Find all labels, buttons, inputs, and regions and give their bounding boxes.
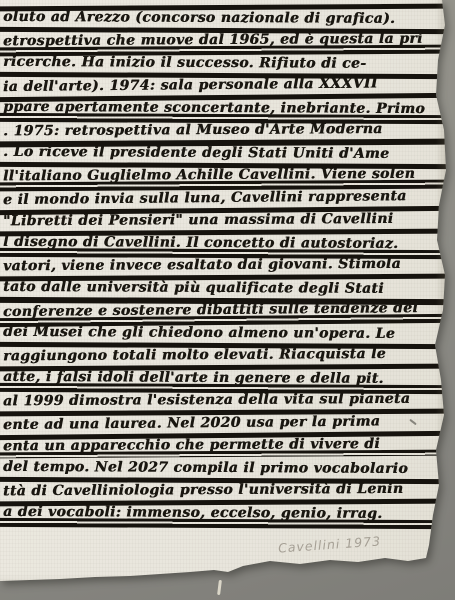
manuscript-line-text: a dei vocaboli: immenso, eccelso, genio,… (0, 503, 441, 523)
manuscript-line: ia dell'arte). 1974: sala personale alla… (0, 75, 441, 102)
manuscript-line: ppare apertamente sconcertante, inebrian… (0, 98, 441, 123)
manuscript-line-text: vatori, viene invece esaltato dai giovan… (0, 256, 441, 276)
manuscript-line: enta un apparecchio che permette di vive… (0, 436, 441, 461)
manuscript-line-text: ppare apertamente sconcertante, inebrian… (0, 98, 441, 118)
manuscript-line-text: . 1975: retrospettiva al Museo d'Arte Mo… (0, 121, 441, 141)
manuscript-line-text: enta un apparecchio che permette di vive… (0, 436, 441, 456)
manuscript-line: ttà di Cavelliniologia presso l'universi… (0, 481, 441, 506)
manuscript-sheet: lavori di Cavellini. Dall'enciclo oluto … (0, 0, 455, 600)
manuscript-line-text: l disegno di Cavellini. Il concetto di a… (0, 233, 441, 253)
manuscript-line: a dei vocaboli: immenso, eccelso, genio,… (0, 503, 441, 528)
manuscript-line-text: tato dalle università più qualificate de… (0, 278, 441, 298)
manuscript-line: ricerche. Ha inizio il successo. Rifiuto… (0, 53, 441, 78)
artist-signature: Cavellini 1973 (278, 533, 382, 555)
manuscript-line: . 1975: retrospettiva al Museo d'Arte Mo… (0, 121, 441, 146)
manuscript-line: l disegno di Cavellini. Il concetto di a… (0, 233, 441, 258)
manuscript-sheet-shadow: lavori di Cavellini. Dall'enciclo oluto … (0, 0, 455, 600)
manuscript-line-text: "Libretti dei Pensieri" una massima di C… (0, 211, 441, 231)
manuscript-line-text: ricerche. Ha inizio il successo. Rifiuto… (0, 53, 441, 73)
manuscript-line: atte, i falsi idoli dell'arte in genere … (0, 368, 441, 393)
manuscript-line: "Libretti dei Pensieri" una massima di C… (0, 211, 441, 236)
manuscript-line-text: atte, i falsi idoli dell'arte in genere … (0, 368, 441, 388)
manuscript-line-text: raggiungono totali molto elevati. Riacqu… (0, 346, 441, 366)
manuscript-line-text: dei Musei che gli chiedono almeno un'ope… (0, 323, 441, 343)
manuscript-line: dei Musei che gli chiedono almeno un'ope… (0, 323, 441, 348)
manuscript-line: etrospettiva che muove dal 1965, ed è qu… (0, 31, 441, 56)
manuscript-line-text: ll'italiano Guglielmo Achille Cavellini.… (0, 166, 441, 186)
manuscript-line: del tempo. Nel 2027 compila il primo voc… (0, 458, 441, 483)
manuscript-line: conferenze e sostenere dibattiti sulle t… (0, 300, 441, 327)
manuscript-line-text: del tempo. Nel 2027 compila il primo voc… (0, 458, 441, 478)
manuscript-line-text: oluto ad Arezzo (concorso nazionale di g… (0, 8, 441, 28)
manuscript-line: ll'italiano Guglielmo Achille Cavellini.… (0, 166, 441, 191)
manuscript-line-text: . Lo riceve il presidente degli Stati Un… (0, 143, 441, 163)
manuscript-line-text: etrospettiva che muove dal 1965, ed è qu… (0, 31, 441, 51)
manuscript-text-block: lavori di Cavellini. Dall'enciclo oluto … (0, 0, 441, 527)
manuscript-line: . Lo riceve il presidente degli Stati Un… (0, 143, 441, 168)
manuscript-line: al 1999 dimostra l'esistenza della vita … (0, 391, 441, 416)
photo-background: lavori di Cavellini. Dall'enciclo oluto … (0, 0, 455, 600)
manuscript-line: tato dalle università più qualificate de… (0, 278, 441, 303)
manuscript-line-text: ttà di Cavelliniologia presso l'universi… (0, 481, 441, 501)
manuscript-line: vatori, viene invece esaltato dai giovan… (0, 256, 441, 281)
manuscript-line: oluto ad Arezzo (concorso nazionale di g… (0, 8, 441, 33)
manuscript-line: raggiungono totali molto elevati. Riacqu… (0, 346, 441, 371)
manuscript-line-text: al 1999 dimostra l'esistenza della vita … (0, 391, 441, 411)
